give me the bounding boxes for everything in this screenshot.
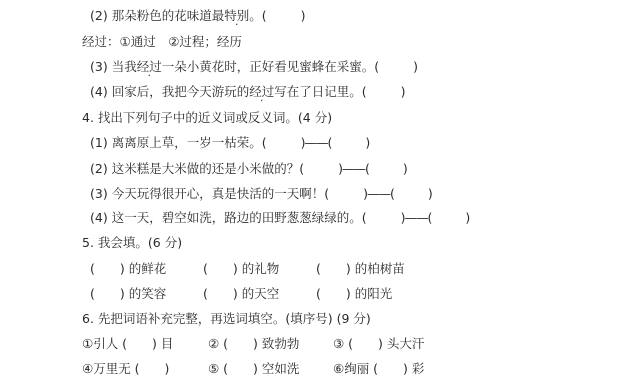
question-4-item-3: (3) 今天玩得很开心，真是快活的一天啊！()——() <box>90 185 433 203</box>
idiom-fill[interactable]: ③ ( ) 头大汗 <box>333 335 424 353</box>
question-3-item-4: (4) 回家后，我把今天游玩的经过写在了日记里。() <box>90 83 406 101</box>
item-number: (2) <box>90 8 108 23</box>
sentence-text: 这米糕是大米做的还是小米做的？( <box>112 161 304 176</box>
dash-separator: )——( <box>301 135 332 150</box>
item-number: (2) <box>90 161 108 176</box>
paren-close: ) <box>465 210 470 225</box>
item-number: (4) <box>90 84 108 99</box>
fill-phrase[interactable]: ( ) 的笑容 <box>90 285 166 303</box>
emphasized-word: 经过 <box>249 84 274 99</box>
idiom-fill[interactable]: ①引人 ( ) 目 <box>82 335 173 353</box>
item-number: (3) <box>90 186 108 201</box>
sentence-text: 这一天，碧空如洗，路边的田野葱葱绿绿的。( <box>112 210 367 225</box>
fill-phrase[interactable]: ( ) 的礼物 <box>203 260 279 278</box>
question-3-item-3: (3) 当我经过一朵小黄花时，正好看见蜜蜂在采蜜。() <box>90 58 418 76</box>
dash-separator: )——( <box>338 161 369 176</box>
question-4-item-2: (2) 这米糕是大米做的还是小米做的？()——() <box>90 160 408 178</box>
sentence-text: 那朵粉色的花味道最 <box>112 8 225 23</box>
item-number: (1) <box>90 135 108 150</box>
sentence-text: 写在了日记里。( <box>274 84 366 99</box>
emphasized-word: 特别 <box>224 8 249 23</box>
dash-separator: )——( <box>363 186 394 201</box>
question-4-item-4: (4) 这一天，碧空如洗，路边的田野葱葱绿绿的。()——() <box>90 209 470 227</box>
idiom-fill[interactable]: ⑥绚丽 ( ) 彩 <box>333 360 424 378</box>
paren-close: ) <box>413 59 418 74</box>
fill-phrase[interactable]: ( ) 的鲜花 <box>90 260 166 278</box>
paren-close: ) <box>401 84 406 99</box>
sentence-text: 回家后，我把今天游玩的 <box>112 84 250 99</box>
fill-phrase[interactable]: ( ) 的天空 <box>203 285 279 303</box>
question-5-title: 5. 我会填。(6 分) <box>82 234 182 252</box>
sentence-text: 今天玩得很开心，真是快活的一天啊！( <box>112 186 329 201</box>
paren-close: ) <box>403 161 408 176</box>
dash-separator: )——( <box>401 210 432 225</box>
question-6-title: 6. 先把词语补充完整，再选词填空。(填序号) (9 分) <box>82 310 371 328</box>
sentence-text: 。( <box>249 8 266 23</box>
question-3-item-2: (2) 那朵粉色的花味道最特别。() <box>90 7 306 25</box>
item-number: (4) <box>90 210 108 225</box>
question-4-title: 4. 找出下列句子中的近义词或反义词。(4 分) <box>82 109 332 127</box>
paren-close: ) <box>428 186 433 201</box>
question-4-item-1: (1) 离离原上草，一岁一枯荣。()——() <box>90 134 370 152</box>
idiom-fill[interactable]: ⑤ ( ) 空如洗 <box>208 360 299 378</box>
paren-close: ) <box>301 8 306 23</box>
item-number: (3) <box>90 59 108 74</box>
sentence-text: 离离原上草，一岁一枯荣。( <box>112 135 267 150</box>
fill-phrase[interactable]: ( ) 的阳光 <box>316 285 392 303</box>
sentence-text: 当我 <box>112 59 137 74</box>
fill-phrase[interactable]: ( ) 的柏树苗 <box>316 260 405 278</box>
emphasized-word: 经过 <box>137 59 162 74</box>
paren-close: ) <box>365 135 370 150</box>
idiom-fill[interactable]: ④万里无 ( ) <box>82 360 169 378</box>
idiom-fill[interactable]: ② ( ) 致勃勃 <box>208 335 299 353</box>
word-definition: 经过：①通过 ②过程；经历 <box>82 33 242 51</box>
sentence-text: 一朵小黄花时，正好看见蜜蜂在采蜜。( <box>162 59 379 74</box>
